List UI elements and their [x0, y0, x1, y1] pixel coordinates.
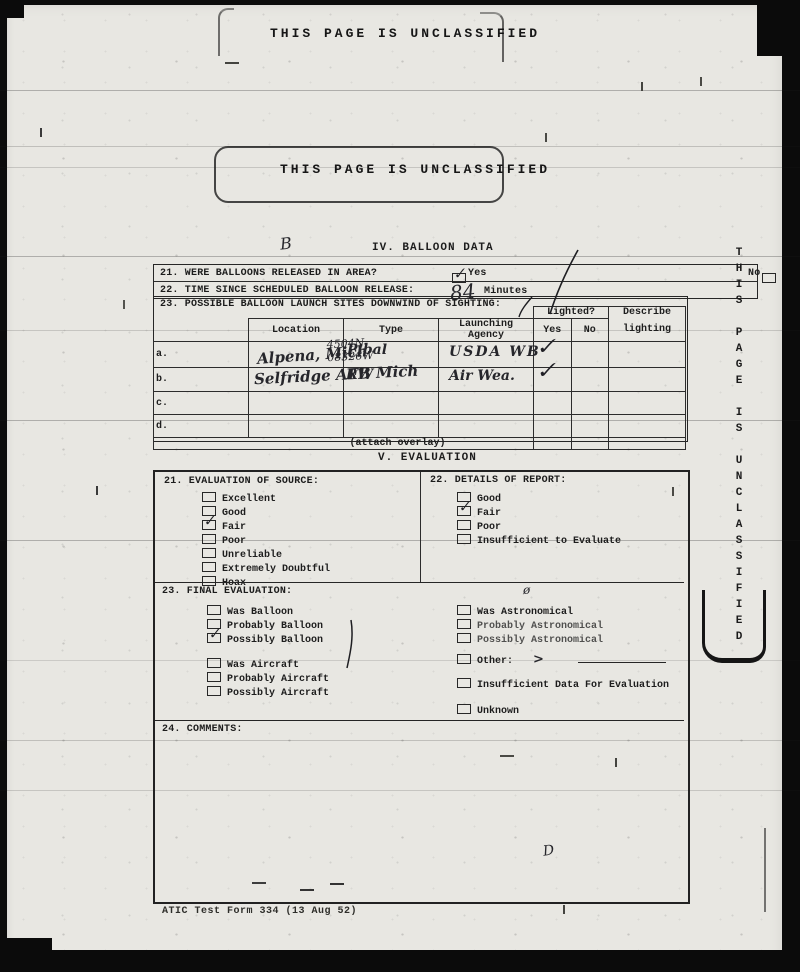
option-other: Other: > [457, 653, 666, 668]
option-label: Insufficient Data For Evaluation [477, 680, 669, 691]
checkbox [202, 562, 216, 572]
option-label: Good [477, 494, 501, 505]
option-unknown: Unknown [457, 704, 519, 718]
eval-q21-options: Excellent Good ✓Fair Poor Unreliable Ext… [202, 492, 330, 590]
option-unreliable: Unreliable [202, 548, 330, 562]
option-insufficient-data: Insufficient Data For Evaluation [457, 678, 669, 692]
option-fair: ✓Fair [202, 520, 330, 534]
option-label: Was Astronomical [477, 607, 573, 618]
option-poor: Poor [457, 520, 621, 534]
option-label: Unreliable [222, 550, 282, 561]
checkbox [207, 658, 221, 668]
eval-q21-label: 21. EVALUATION OF SOURCE: [164, 476, 319, 488]
option-label: Possibly Astronomical [477, 635, 603, 646]
option-good: Good [202, 506, 330, 520]
checkbox [457, 520, 471, 530]
option-probably-aircraft: Probably Aircraft [207, 672, 329, 686]
other-blank-line [578, 662, 666, 663]
aircraft-options: Was Aircraft Probably Aircraft Possibly … [207, 658, 329, 700]
scanned-form-page: THIS PAGE IS UNCLASSIFIED THIS PAGE IS U… [0, 0, 800, 972]
checkbox [457, 654, 471, 664]
option-excellent: Excellent [202, 492, 330, 506]
final-eval-section: 23. FINAL EVALUATION: ø Was Balloon Prob… [155, 582, 684, 721]
stamp-bracket-bottom-right [702, 590, 766, 663]
checkbox [202, 534, 216, 544]
form-id-footer: ATIC Test Form 334 (13 Aug 52) [162, 906, 357, 918]
option-extremely-doubtful: Extremely Doubtful [202, 562, 330, 576]
option-label: Was Aircraft [227, 660, 299, 671]
pen-stroke-diagonal [550, 250, 578, 314]
option-was-aircraft: Was Aircraft [207, 658, 329, 672]
option-label: Was Balloon [227, 607, 293, 618]
checkbox [457, 633, 471, 643]
option-label: Fair [477, 508, 501, 519]
checkbox [207, 605, 221, 615]
option-label: Possibly Aircraft [227, 688, 329, 699]
option-was-balloon: Was Balloon [207, 605, 323, 619]
pen-stroke-small [519, 297, 532, 317]
option-possibly-aircraft: Possibly Aircraft [207, 686, 329, 700]
astro-options: Was Astronomical Probably Astronomical P… [457, 605, 603, 647]
comments-section: 24. COMMENTS: D [155, 720, 684, 899]
handwritten-other-mark: > [533, 652, 544, 667]
option-label: Possibly Balloon [227, 635, 323, 646]
checkbox [207, 686, 221, 696]
option-label: Excellent [222, 494, 276, 505]
option-label: Other: [477, 656, 513, 667]
checkbox [457, 605, 471, 615]
checkbox: ✓ [457, 506, 471, 516]
checkbox [207, 672, 221, 682]
checkbox [202, 492, 216, 502]
checkbox [457, 678, 471, 688]
option-good: Good [457, 492, 621, 506]
option-label: Good [222, 508, 246, 519]
balloon-options: Was Balloon Probably Balloon ✓Possibly B… [207, 605, 323, 647]
option-was-astronomical: Was Astronomical [457, 605, 603, 619]
checkbox [457, 534, 471, 544]
option-label: Fair [222, 522, 246, 533]
option-insufficient: Insufficient to Evaluate [457, 534, 621, 548]
option-label: Probably Balloon [227, 621, 323, 632]
option-label: Probably Aircraft [227, 674, 329, 685]
option-label: Poor [222, 536, 246, 547]
handwritten-squiggle: ø [523, 583, 530, 597]
option-poor: Poor [202, 534, 330, 548]
section-5-title: V. EVALUATION [378, 452, 477, 465]
option-probably-astronomical: Probably Astronomical [457, 619, 603, 633]
option-probably-balloon: Probably Balloon [207, 619, 323, 633]
checkbox: ✓ [207, 633, 221, 643]
eval-q23-label: 23. FINAL EVALUATION: [162, 586, 292, 598]
option-label: Insufficient to Evaluate [477, 536, 621, 547]
option-possibly-astronomical: Possibly Astronomical [457, 633, 603, 647]
checkbox [202, 548, 216, 558]
option-label: Probably Astronomical [477, 621, 603, 632]
checkbox [457, 619, 471, 629]
eval-q22-label: 22. DETAILS OF REPORT: [430, 475, 566, 487]
checkbox [457, 704, 471, 714]
handwritten-margin-d: D [542, 842, 555, 859]
option-possibly-balloon: ✓Possibly Balloon [207, 633, 323, 647]
comments-label: 24. COMMENTS: [162, 724, 243, 736]
option-label: Unknown [477, 706, 519, 717]
option-fair: ✓Fair [457, 506, 621, 520]
evaluation-box: 21. EVALUATION OF SOURCE: Excellent Good… [153, 470, 690, 904]
eval-q22-options: Good ✓Fair Poor Insufficient to Evaluate [457, 492, 621, 548]
unclassified-stamp-side: THIS PAGE IS UNCLASSIFIED [733, 247, 745, 647]
option-label: Poor [477, 522, 501, 533]
column-divider [420, 472, 421, 582]
option-label: Extremely Doubtful [222, 564, 330, 575]
checkbox: ✓ [202, 520, 216, 530]
